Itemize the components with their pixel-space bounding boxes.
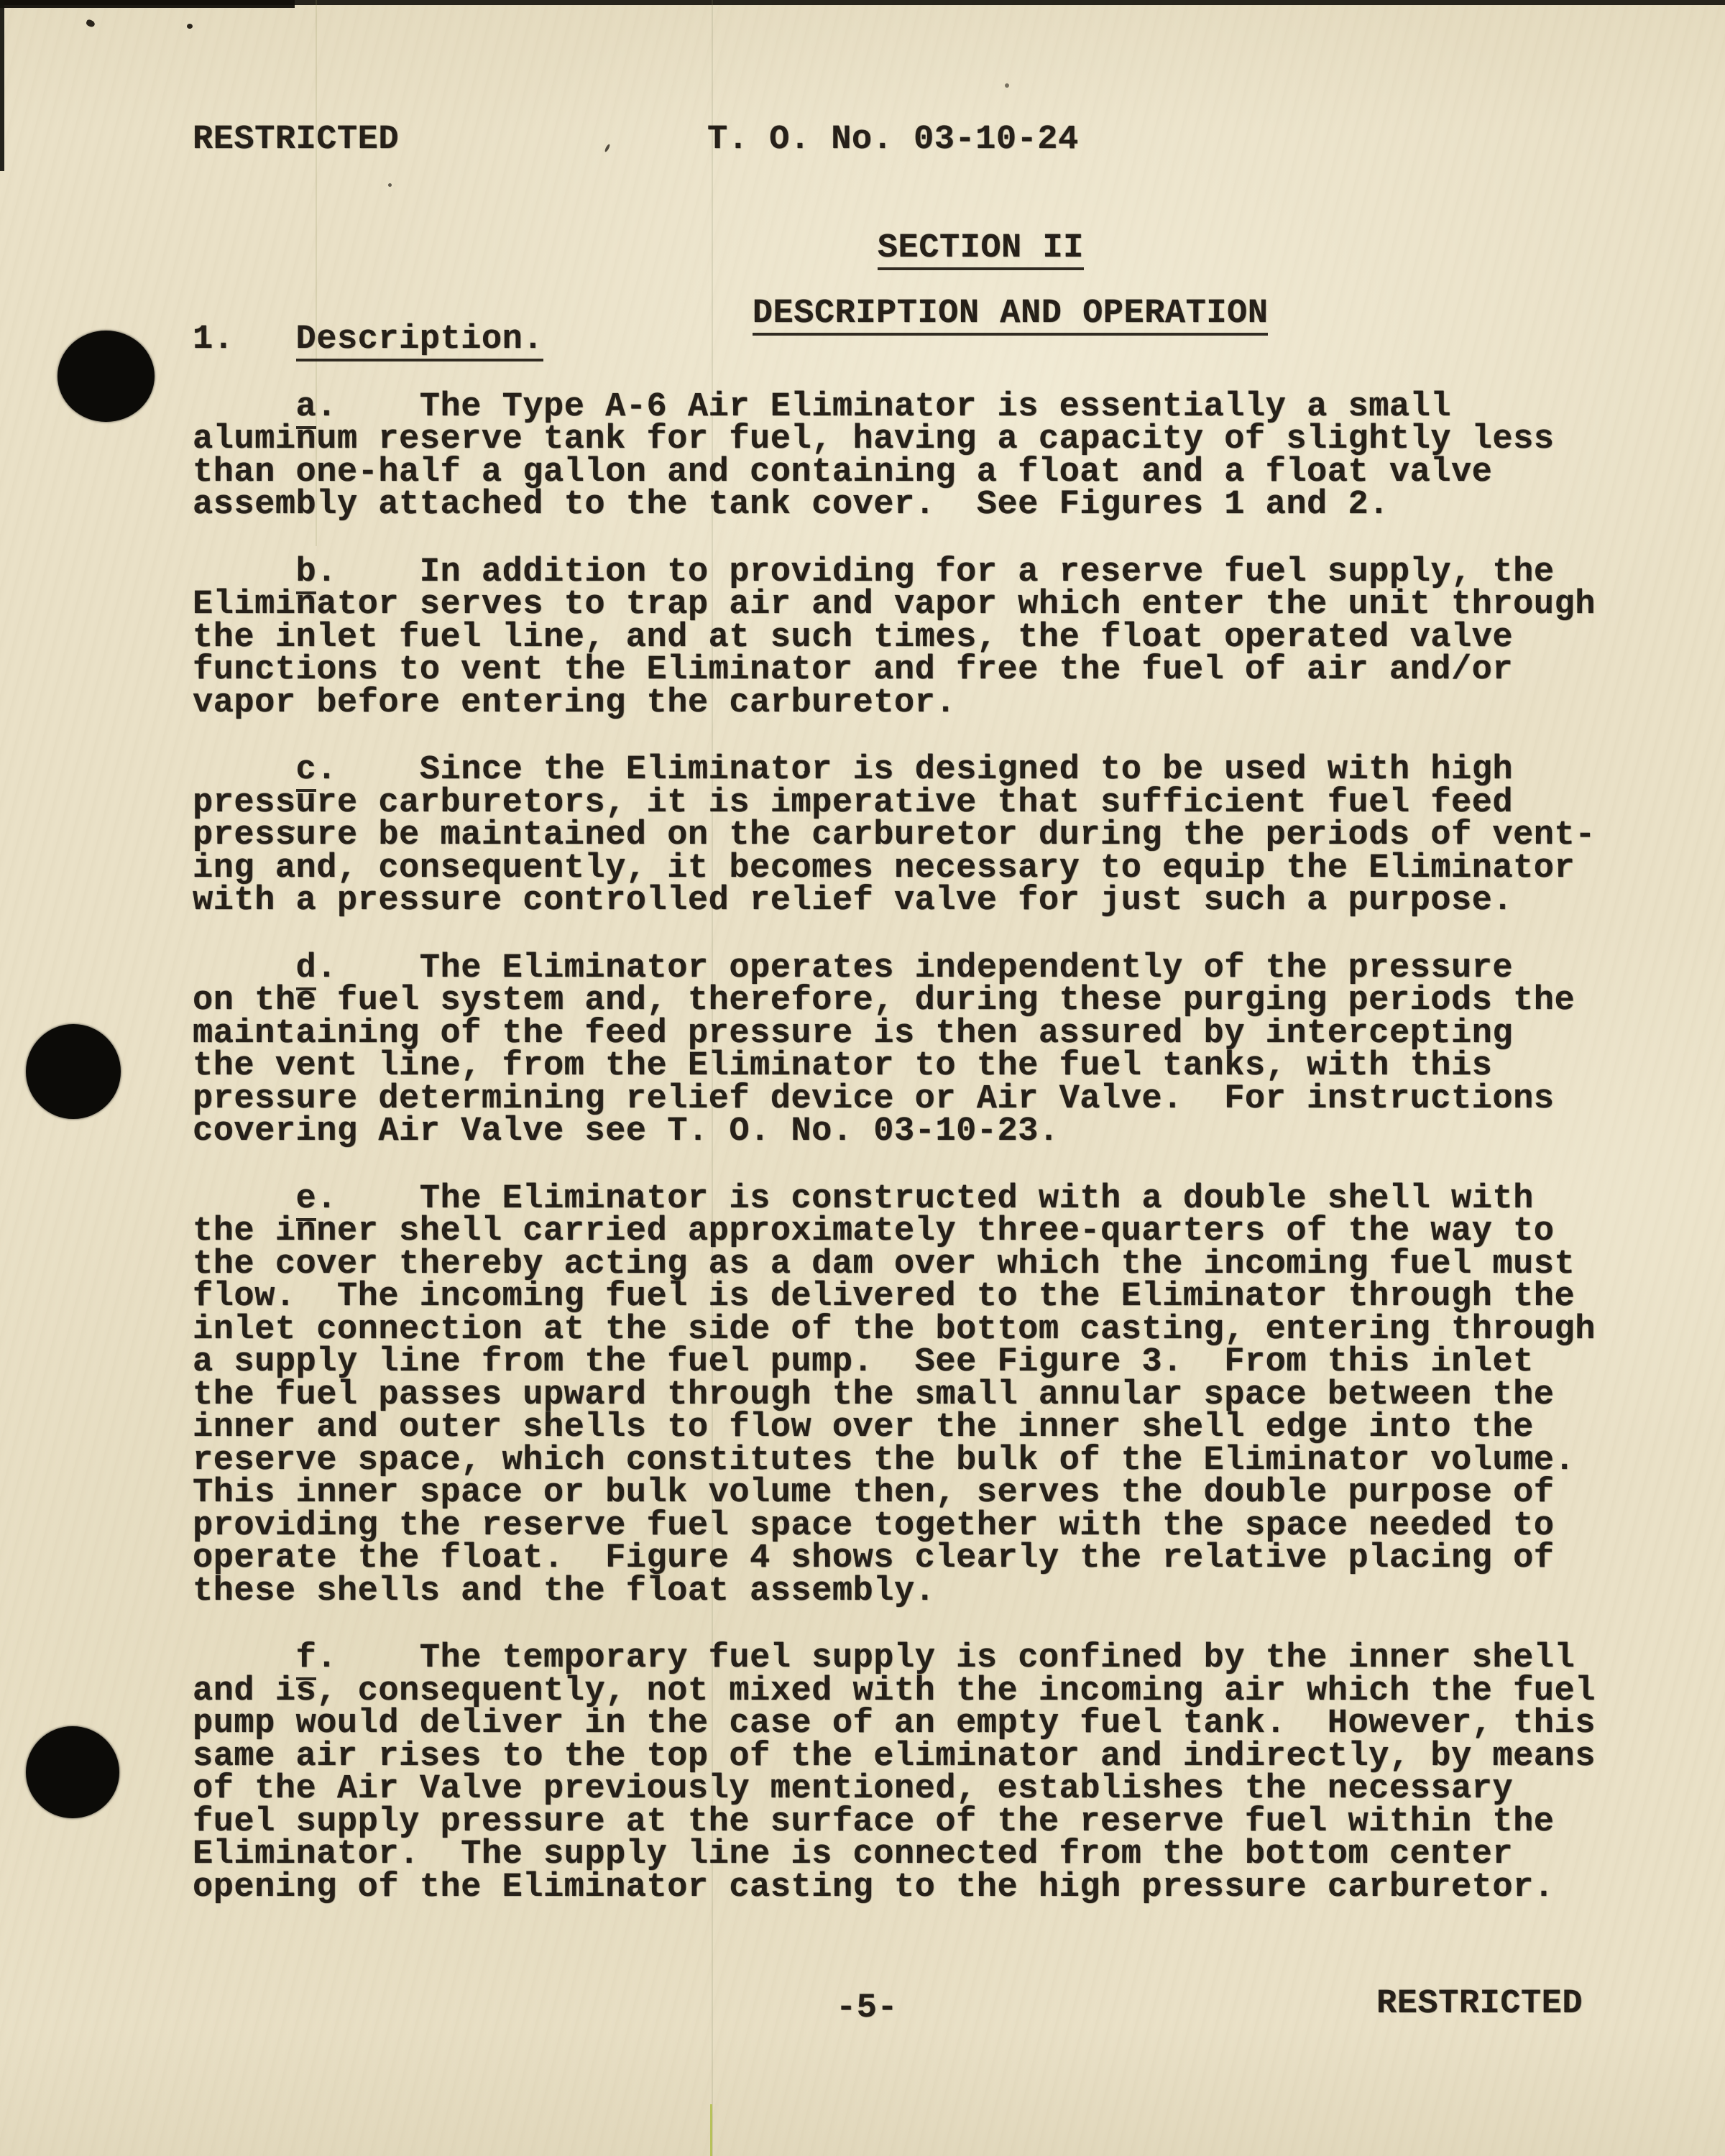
paragraph-b: b. In addition to providing for a reserv… — [193, 556, 1659, 720]
hole-punch-middle — [26, 1024, 121, 1119]
scan-edge-top-left — [0, 0, 295, 8]
paragraph-d: d. The Eliminator operates independently… — [193, 952, 1659, 1148]
section-title: SECTION II — [878, 229, 1084, 270]
heading-number: 1. — [193, 321, 234, 359]
hole-punch-bottom — [26, 1726, 119, 1818]
ink-speck — [187, 24, 193, 29]
paragraph-text: The temporary fuel supply is confined by… — [193, 1639, 1596, 1907]
scanned-document-page: RESTRICTED T. O. No. 03-10-24 SECTION II… — [0, 0, 1725, 2156]
paragraph-c: c. Since the Eliminator is designed to b… — [193, 754, 1659, 918]
paragraph-f: f. The temporary fuel supply is confined… — [193, 1642, 1659, 1904]
paragraph-text: The Eliminator is constructed with a dou… — [193, 1180, 1596, 1611]
page-number: -5- — [836, 1992, 898, 2025]
ink-speck — [388, 183, 392, 187]
hole-punch-top — [57, 331, 155, 422]
ink-speck — [1005, 83, 1009, 88]
ink-speck — [604, 144, 610, 152]
paragraph-e: e. The Eliminator is constructed with a … — [193, 1183, 1659, 1608]
technical-order-number: T. O. No. 03-10-24 — [707, 124, 1079, 157]
document-body: 1. Description. a. The Type A-6 Air Elim… — [193, 323, 1659, 1938]
numbered-heading: 1. Description. — [193, 323, 1659, 356]
classification-marking-bottom: RESTRICTED — [1376, 1988, 1583, 2021]
paper-crease-bottom-green — [710, 2104, 712, 2156]
scan-edge-left — [0, 0, 4, 171]
ink-speck — [86, 19, 96, 28]
heading-title: Description. — [296, 321, 543, 361]
paragraph-a: a. The Type A-6 Air Eliminator is essent… — [193, 391, 1659, 522]
classification-marking-top: RESTRICTED — [193, 124, 399, 157]
